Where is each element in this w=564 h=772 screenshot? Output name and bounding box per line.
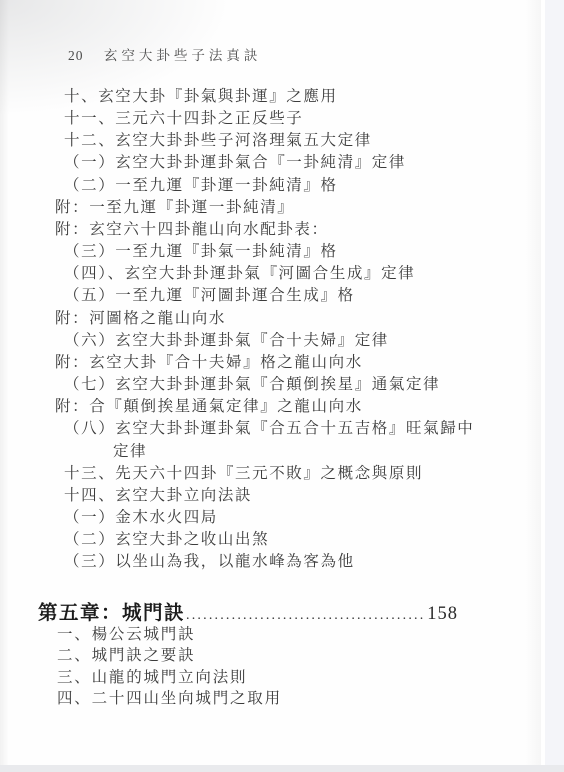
toc-entry: （一）金木水火四局 — [64, 507, 533, 529]
toc-entry: 附：合『顛倒挨星通氣定律』之龍山向水 — [55, 396, 533, 418]
book-page: 20 玄空大卦些子法真訣 十、玄空大卦『卦氣與卦運』之應用十一、三元六十四卦之正… — [0, 0, 564, 772]
toc-entry: （八）玄空大卦卦運卦氣『合五合十五吉格』旺氣歸中 — [64, 418, 533, 440]
toc-entry: （六）玄空大卦卦運卦氣『合十夫婦』定律 — [64, 330, 533, 352]
toc-entry: 十一、三元六十四卦之正反些子 — [64, 108, 533, 130]
toc-entry: （二）一至九運『卦運一卦純清』格 — [64, 175, 533, 197]
chapter-item: 四、二十四山坐向城門之取用 — [57, 688, 527, 709]
toc-entry: （一）玄空大卦卦運卦氣合『一卦純清』定律 — [64, 152, 533, 174]
chapter-item-list: 一、楊公云城門訣二、城門訣之要訣三、山龍的城門立向法則四、二十四山坐向城門之取用 — [57, 624, 527, 710]
toc-entry: （三）以坐山為我，以龍水峰為客為他 — [64, 551, 533, 573]
toc-entry: （五）一至九運『河圖卦運合生成』格 — [64, 285, 533, 307]
chapter-page-number: 158 — [427, 604, 458, 625]
toc-entry: 附：玄空六十四卦龍山向水配卦表： — [55, 219, 533, 241]
dot-leader: ........................................… — [186, 608, 426, 624]
book-title: 玄空大卦些子法真訣 — [104, 48, 262, 63]
toc-entry: 十二、玄空大卦卦些子河洛理氣五大定律 — [64, 130, 533, 152]
toc-entry: 十四、玄空大卦立向法訣 — [64, 485, 533, 507]
toc-entry: 附：一至九運『卦運一卦純清』 — [55, 197, 533, 219]
page-edge-strip — [541, 0, 564, 772]
toc-entry: 定律 — [113, 441, 533, 463]
chapter-item: 一、楊公云城門訣 — [57, 624, 527, 645]
chapter-item: 二、城門訣之要訣 — [57, 645, 527, 666]
toc-entry: （四）、玄空大卦卦運卦氣『河圖合生成』定律 — [64, 263, 533, 285]
toc-entry: 附：玄空大卦『合十夫婦』格之龍山向水 — [55, 352, 533, 374]
toc-entry: 附：河圖格之龍山向水 — [55, 308, 533, 330]
toc-entry: （七）玄空大卦卦運卦氣『合顛倒挨星』通氣定律 — [64, 374, 533, 396]
toc-entry: 十、玄空大卦『卦氣與卦運』之應用 — [64, 86, 533, 108]
chapter-item: 三、山龍的城門立向法則 — [57, 667, 527, 688]
chapter-heading-row: 第五章：城門訣 ................................… — [38, 597, 458, 625]
page-number: 20 — [68, 48, 84, 63]
toc-entry: （三）一至九運『卦氣一卦純清』格 — [64, 241, 533, 263]
toc-entry: （二）玄空大卦之收山出煞 — [64, 529, 533, 551]
toc-entry: 十三、先天六十四卦『三元不敗』之概念與原則 — [64, 463, 533, 485]
toc-list: 十、玄空大卦『卦氣與卦運』之應用十一、三元六十四卦之正反些子十二、玄空大卦卦些子… — [55, 86, 533, 573]
scan-left-shadow — [0, 0, 9, 772]
running-header: 20 玄空大卦些子法真訣 — [68, 44, 261, 64]
chapter-title: 第五章：城門訣 — [38, 597, 185, 625]
page-bottom-strip — [0, 765, 564, 772]
